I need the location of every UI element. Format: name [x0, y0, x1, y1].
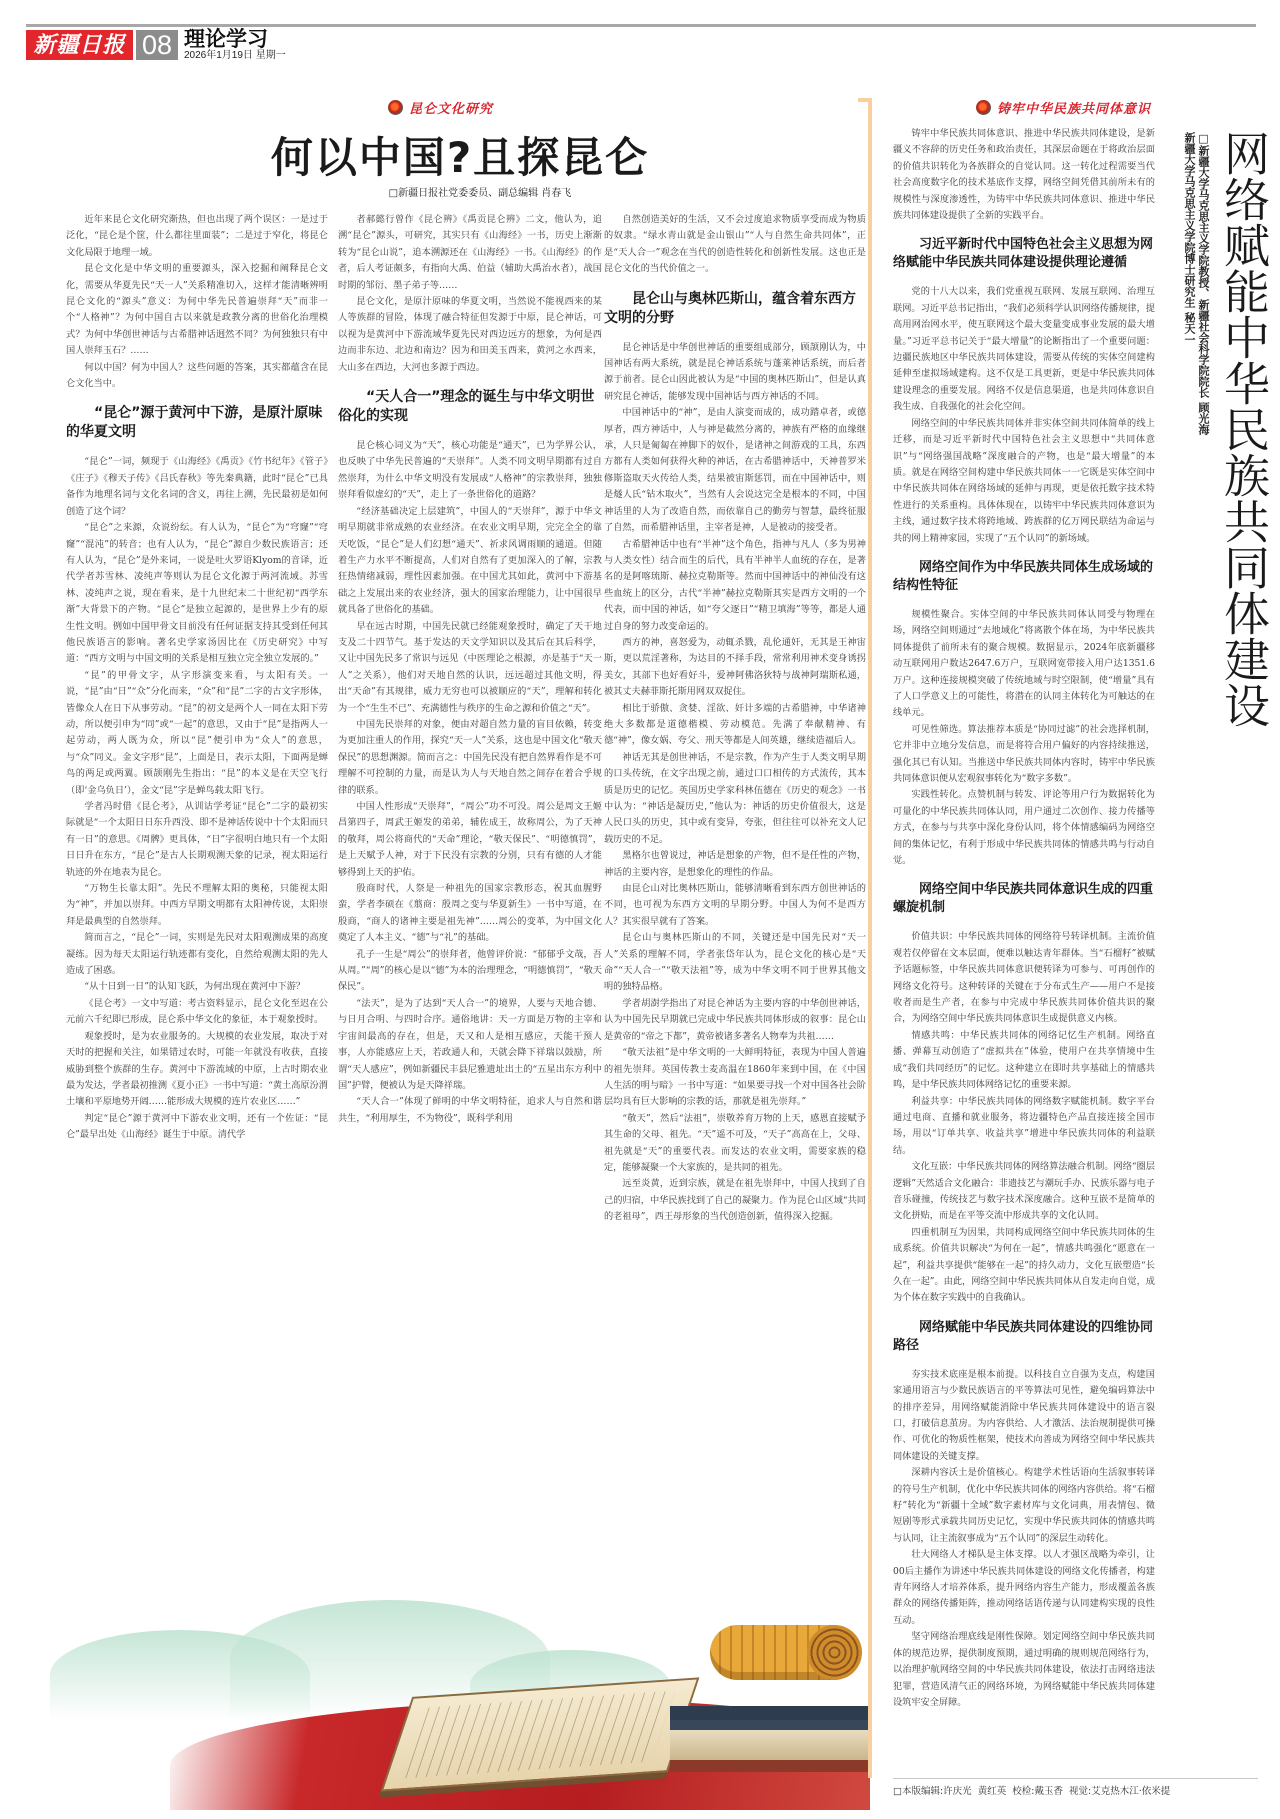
- paragraph: 昆仑文化是中华文明的重要源头，深入挖掘和阐释昆仑文化，需要从华夏先民“天一人”关…: [66, 261, 328, 359]
- paragraph: 铸牢中华民族共同体意识、推进中华民族共同体建设，是新疆义不容辞的历史任务和政治责…: [893, 126, 1155, 224]
- paragraph: 价值共识：中华民族共同体的网络符号转译机制。主流价值观若仅停留在文本层面，便难以…: [893, 929, 1155, 1027]
- subheading: 网络空间中华民族共同体意识生成的四重螺旋机制: [893, 881, 1155, 917]
- paragraph: 早在远古时期，中国先民就已经能观象授时，确定了天干地支及二十四节气。基于发达的天…: [338, 619, 602, 717]
- paragraph: 网络空间的中华民族共同体并非实体空间共同体简单的线上迁移，而是习近平新时代中国特…: [893, 416, 1155, 547]
- paragraph: “经济基础决定上层建筑”，中国人的“天崇拜”，源于中华文明早期就非常成熟的农业经…: [338, 504, 602, 619]
- subheading: “昆仑”源于黄河中下游，是原汁原味的华夏文明: [66, 404, 328, 442]
- paragraph: 由昆仑山对比奥林匹斯山，能够清晰看到东西方创世神话的不同，也可视为东西方文明的早…: [604, 881, 866, 930]
- paragraph: 何以中国？何为中国人？这些问题的答案，其实都蕴含在昆仑文化当中。: [66, 360, 328, 393]
- paragraph: 自然创造美好的生活，又不会过度追求物质享受而成为物质的奴隶。“绿水青山就是金山银…: [604, 212, 866, 278]
- paragraph: 孔子一生是“周公”的崇拜者，他曾评价说：“郁郁乎文哉，吾从周。”“周”的核心是以…: [338, 947, 602, 996]
- paragraph: 观象授时，是为农业服务的。大规模的农业发展，取决于对天时的把握和关注，如果错过农…: [66, 1029, 328, 1111]
- paragraph: 党的十八大以来，我们党重视互联网、发展互联网、治理互联网。习近平总书记指出，“我…: [893, 284, 1155, 415]
- paragraph: 昆仑神话是中华创世神话的重要组成部分，顾颉刚认为，中国神话有两大系统，就是昆仑神…: [604, 340, 866, 406]
- subheading: “天人合一”理念的诞生与中华文明世俗化的实现: [338, 388, 602, 426]
- paragraph: 黑格尔也曾说过，神话是想象的产物，但不是任性的产物，神话的主要内容，是想象化的理…: [604, 848, 866, 881]
- paragraph: “从十日到一日”的认知飞跃，为何出现在黄河中下游？: [66, 979, 328, 995]
- paragraph: 四重机制互为因果，共同构成网络空间中华民族共同体的生成系统。价值共识解决“为何在…: [893, 1225, 1155, 1307]
- paragraph: 昆仑核心词义为“天”，核心功能是“通天”，已为学界公认，也反映了中华先民普遍的“…: [338, 438, 602, 504]
- article-byline: □新疆日报社党委委员、副总编辑 肖春飞: [330, 184, 630, 199]
- right-article-headline[interactable]: 网络赋能中华民族共同体建设: [1218, 130, 1270, 728]
- column-tag-label: 铸牢中华民族共同体意识: [997, 98, 1151, 117]
- paragraph: “敬天”，然后“法祖”，崇敬养育万物的上天，感恩直接赋予其生命的父母、祖先。“天…: [604, 1111, 866, 1177]
- ancient-books-illustration: [50, 1510, 870, 1810]
- paragraph: 文化互嵌：中华民族共同体的网络算法融合机制。网络“圈层逻辑”天然适合文化融合：非…: [893, 1159, 1155, 1225]
- right-article-byline: □新疆大学马克思主义学院教授、新疆社会科学院院长 顾光海 新疆大学马克思主义学院…: [1188, 132, 1210, 435]
- paragraph: 规模性聚合。实体空间的中华民族共同体认同受与物理在场，网络空间则通过“去地域化”…: [893, 607, 1155, 722]
- subheading: 昆仑山与奥林匹斯山，蕴含着东西方文明的分野: [604, 290, 866, 328]
- byline-author-1: □新疆大学马克思主义学院教授、新疆社会科学院院长 顾光海: [1196, 132, 1210, 435]
- bullet-orb-icon: [976, 100, 991, 115]
- column-tag-label: 昆仑文化研究: [409, 98, 493, 117]
- bamboo-scroll-icon: [710, 1625, 860, 1680]
- paragraph: 坚守网络治理底线是刚性保障。划定网络空间中华民族共同体的规范边界，提供制度预期，…: [893, 1629, 1155, 1711]
- byline-author-2: 新疆大学马克思主义学院博士研究生 秘天一: [1182, 132, 1196, 435]
- paragraph: “万物生长靠太阳”。先民不理解太阳的奥秘，只能视太阳为“神”，并加以崇拜。中西方…: [66, 881, 328, 930]
- paragraph: 实践性转化。点赞机制与转发、评论等用户行为数据转化为可量化的中华民族共同体认同，…: [893, 787, 1155, 869]
- paragraph: 古希腊神话中也有“半神”这个角色，指神与凡人（多为男神与人类女性）结合而生的后代…: [604, 537, 866, 635]
- section-header: 理论学习 2026年1月19日 星期一: [184, 30, 286, 60]
- right-article-body: 铸牢中华民族共同体意识、推进中华民族共同体建设，是新疆义不容辞的历史任务和政治责…: [893, 126, 1155, 1766]
- issue-date: 2026年1月19日 星期一: [184, 50, 286, 62]
- paragraph: 中国神话中的“神”，是由人演变而成的，成功踏卓者，或德厚者，西方神话中，人与神是…: [604, 405, 866, 536]
- paragraph: 神话无其是创世神话，不是宗教，作为产生于人类文明早期的口头传统，在文字出现之前，…: [604, 750, 866, 848]
- article-headline[interactable]: 何以中国?且探昆仑: [230, 125, 690, 185]
- column-tag-community: 铸牢中华民族共同体意识: [976, 98, 1151, 117]
- footer-rule: [893, 1778, 1258, 1779]
- subheading: 网络空间作为中华民族共同体生成场域的结构性特征: [893, 559, 1155, 595]
- paragraph: 殷商时代，人祭是一种祖先的国家宗教形态，祝其血腥野蛮，学者李硕在《翦商：殷周之变…: [338, 881, 602, 947]
- paragraph: 学者冯时借《昆仑考》，从训诂学考证“昆仑”二字的最初实际就是“一个太阳日日东升西…: [66, 799, 328, 881]
- paragraph: 情感共鸣：中华民族共同体的网络记忆生产机制。网络直播、弹幕互动创造了“虚拟共在”…: [893, 1028, 1155, 1094]
- paragraph: “法天”，是为了达到“天人合一”的境界，人要与天地合德、与日月合明、与四时合序。…: [338, 996, 602, 1094]
- paragraph: 中国人性形成“天崇拜”，“周公”功不可没。周公是周文王姬昌第四子，周武王姬发的弟…: [338, 799, 602, 881]
- page-number: 08: [136, 30, 178, 60]
- editor-credits: □本版编辑:许庆光 黄红英 校检:戴玉香 视觉:艾克热木江·依米提: [893, 1783, 1170, 1797]
- column-tag-kunlun: 昆仑文化研究: [388, 98, 493, 117]
- paragraph: 利益共享：中华民族共同体的网络数字赋能机制。数字平台通过电商、直播和就业服务，将…: [893, 1094, 1155, 1160]
- paragraph: “天人合一”体现了鲜明的中华文明特征，追求人与自然和谐共生，“利用厚生，不为物役…: [338, 1094, 602, 1127]
- article-column-2: 者郝懿行曾作《昆仑辨》《禹贡昆仑辨》二文，他认为，追溯“昆仑”源头，可研究，其实…: [338, 212, 602, 1497]
- paragraph: 相比于骄傲、贪婪、淫欲、奸计多端的古希腊神，中华诸神绝大多数都是道德楷模、劳动模…: [604, 701, 866, 750]
- paragraph: “昆”的甲骨文字，从字形演变来看，与太阳有关。一说，“昆”由“日”“众”分化而来…: [66, 668, 328, 799]
- paragraph: 中国先民崇拜的对象，便由对超自然力量的盲目依赖，转变为更加注重人的作用，探究“天…: [338, 717, 602, 799]
- paragraph: 者郝懿行曾作《昆仑辨》《禹贡昆仑辨》二文，他认为，追溯“昆仑”源头，可研究，其实…: [338, 212, 602, 294]
- newspaper-logo[interactable]: 新疆日报: [26, 30, 133, 60]
- book-stack-icon: [670, 1720, 870, 1760]
- subheading: 习近平新时代中国特色社会主义思想为网络赋能中华民族共同体建设提供理论遵循: [893, 236, 1155, 272]
- paragraph: 夯实技术底座是根本前提。以科技自立自强为支点，构建国家通用语言与少数民族语言的平…: [893, 1367, 1155, 1465]
- paragraph: 判定“昆仑”源于黄河中下游农业文明，还有一个佐证：“昆仑”最早出处《山海经》诞生…: [66, 1111, 328, 1144]
- paragraph: 昆仑山与奥林匹斯山的不同，关键还是中国先民对“天一人”关系的理解不同，学者张岱年…: [604, 930, 866, 996]
- paragraph: 简而言之，“昆仑”一词，实则是先民对太阳观测成果的高度凝练。因为每天太阳运行轨迹…: [66, 930, 328, 979]
- paragraph: 学者胡澍学指出了对昆仑神话为主要内容的中华创世神话，认为中国先民早期就已完成中华…: [604, 996, 866, 1045]
- top-rule: [26, 24, 1256, 27]
- paragraph: 昆仑文化，是原汁原味的华夏文明，当然说不能视西来的某人等族群的冒险，体现了融合特…: [338, 294, 602, 376]
- paragraph: “敬天法祖”是中华文明的一大鲜明特征，表现为中国人普遍的祖先崇拜。英国传教士麦高…: [604, 1045, 866, 1111]
- paragraph: 近年来昆仑文化研究渐热，但也出现了两个误区：一是过于泛化，“昆仑是个筐，什么都往…: [66, 212, 328, 261]
- section-name: 理论学习: [184, 29, 286, 50]
- paragraph: 壮大网络人才梯队是主体支撑。以人才强区战略为牵引，让00后主播作为讲述中华民族共…: [893, 1547, 1155, 1629]
- paragraph: “昆仑”一词，频现于《山海经》《禹贡》《竹书纪年》《管子》《庄子》《穆天子传》《…: [66, 454, 328, 520]
- paragraph: “昆仑”之来源，众说纷纭。有人认为，“昆仑”为“穹窿”“穹窿”“混沌”的转音；也…: [66, 520, 328, 668]
- paragraph: 《昆仑考》一文中写道：考古资料显示，昆仑文化至迟在公元前六千纪即已形成，昆仑系中…: [66, 996, 328, 1029]
- subheading: 网络赋能中华民族共同体建设的四维协同路径: [893, 1319, 1155, 1355]
- bullet-orb-icon: [388, 100, 403, 115]
- accent-border: [868, 98, 872, 1778]
- paragraph: 远至炎黄，近到宗族，就是在祖先崇拜中，中国人找到了自己的归宿，中华民族找到了自己…: [604, 1176, 866, 1225]
- paragraph: 可见性筛选。算法推荐本质是“协同过滤”的社会选择机制，它并非中立地分发信息，而是…: [893, 722, 1155, 788]
- paragraph: 西方的神，喜怒爱为，动辄杀戮，乱伦通奸，无其是王神宙斯，更以荒淫著称，为达目的不…: [604, 635, 866, 701]
- paragraph: 深耕内容沃土是价值核心。构建学术性话语向生活叙事转译的符号生产机制，优化中华民族…: [893, 1465, 1155, 1547]
- article-column-3: 自然创造美好的生活，又不会过度追求物质享受而成为物质的奴隶。“绿水青山就是金山银…: [604, 212, 866, 1517]
- article-column-1: 近年来昆仑文化研究渐热，但也出现了两个误区：一是过于泛化，“昆仑是个筐，什么都往…: [66, 212, 328, 1577]
- masthead: 新疆日报 08 理论学习 2026年1月19日 星期一: [26, 30, 286, 60]
